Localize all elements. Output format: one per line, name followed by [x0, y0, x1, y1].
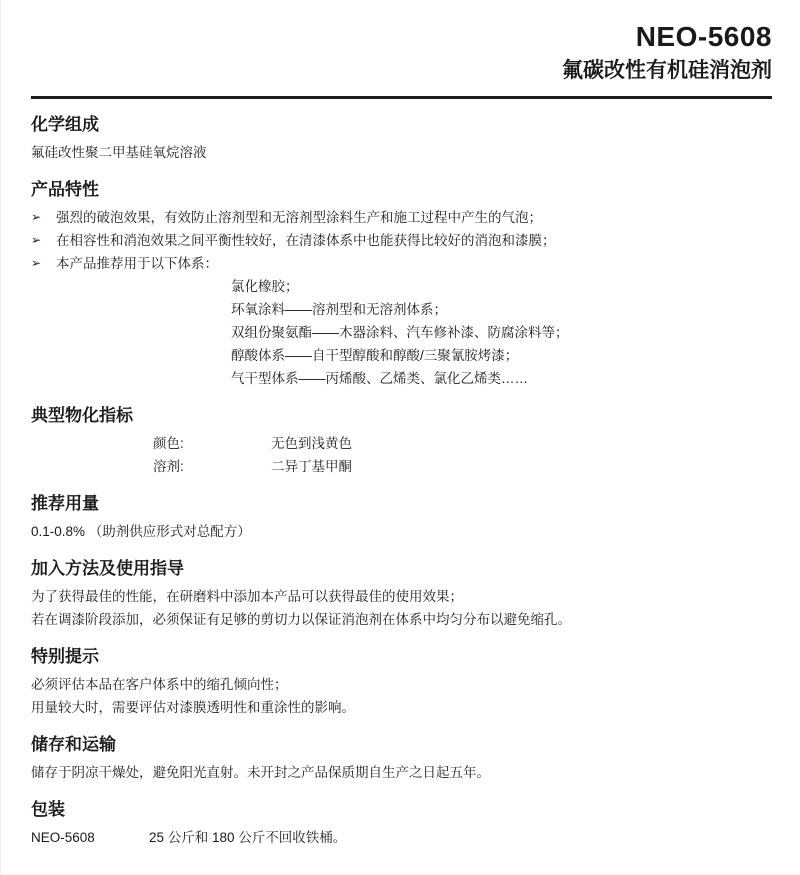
property-value: 无色到浅黄色 — [271, 432, 352, 455]
property-row: 溶剂: 二异丁基甲酮 — [153, 455, 772, 478]
system-item: 气干型体系——丙烯酸、乙烯类、氯化乙烯类…… — [231, 367, 772, 390]
usage-guidance-heading: 加入方法及使用指导 — [31, 558, 772, 579]
header-divider — [31, 96, 772, 99]
typical-properties-heading: 典型物化指标 — [31, 405, 772, 426]
product-code: NEO-5608 — [31, 20, 772, 54]
section-product-features: 产品特性 ➢ 强烈的破泡效果，有效防止溶剂型和无溶剂型涂料生产和施工过程中产生的… — [31, 179, 772, 390]
packaging-description: 25 公斤和 180 公斤不回收铁桶。 — [149, 826, 346, 849]
storage-transport-text: 储存于阴凉干燥处，避免阳光直射。未开封之产品保质期自生产之日起五年。 — [31, 761, 772, 784]
storage-transport-heading: 储存和运输 — [31, 734, 772, 755]
recommended-dosage-text: 0.1-0.8% （助剂供应形式对总配方） — [31, 520, 772, 543]
feature-bullet-item: ➢ 本产品推荐用于以下体系： — [31, 252, 772, 275]
recommended-systems-list: 氯化橡胶； 环氧涂料——溶剂型和无溶剂体系； 双组份聚氨酯——木器涂料、汽车修补… — [231, 275, 772, 390]
special-notes-line: 用量较大时，需要评估对漆膜透明性和重涂性的影响。 — [31, 696, 772, 719]
usage-guidance-line: 为了获得最佳的性能，在研磨料中添加本产品可以获得最佳的使用效果； — [31, 585, 772, 608]
product-features-heading: 产品特性 — [31, 179, 772, 200]
product-datasheet-page: NEO-5608 氟碳改性有机硅消泡剂 化学组成 氟硅改性聚二甲基硅氧烷溶液 产… — [0, 0, 800, 875]
property-row: 颜色: 无色到浅黄色 — [153, 432, 772, 455]
property-value: 二异丁基甲酮 — [271, 455, 352, 478]
chemical-composition-heading: 化学组成 — [31, 114, 772, 135]
recommended-dosage-heading: 推荐用量 — [31, 493, 772, 514]
packaging-heading: 包装 — [31, 799, 772, 820]
feature-bullet-text: 本产品推荐用于以下体系： — [56, 252, 218, 275]
section-storage-transport: 储存和运输 储存于阴凉干燥处，避免阳光直射。未开封之产品保质期自生产之日起五年。 — [31, 734, 772, 784]
arrow-bullet-icon: ➢ — [31, 229, 56, 252]
feature-bullet-item: ➢ 强烈的破泡效果，有效防止溶剂型和无溶剂型涂料生产和施工过程中产生的气泡； — [31, 206, 772, 229]
section-typical-properties: 典型物化指标 颜色: 无色到浅黄色 溶剂: 二异丁基甲酮 — [31, 405, 772, 478]
system-item: 氯化橡胶； — [231, 275, 772, 298]
product-title: 氟碳改性有机硅消泡剂 — [31, 56, 772, 86]
packaging-row: NEO-5608 25 公斤和 180 公斤不回收铁桶。 — [31, 826, 772, 849]
property-label: 溶剂: — [153, 455, 271, 478]
doc-header: NEO-5608 氟碳改性有机硅消泡剂 — [31, 20, 772, 86]
properties-table: 颜色: 无色到浅黄色 溶剂: 二异丁基甲酮 — [153, 432, 772, 478]
packaging-product-code: NEO-5608 — [31, 826, 149, 849]
section-special-notes: 特别提示 必须评估本品在客户体系中的缩孔倾向性； 用量较大时，需要评估对漆膜透明… — [31, 646, 772, 719]
special-notes-heading: 特别提示 — [31, 646, 772, 667]
section-chemical-composition: 化学组成 氟硅改性聚二甲基硅氧烷溶液 — [31, 114, 772, 164]
system-item: 双组份聚氨酯——木器涂料、汽车修补漆、防腐涂料等； — [231, 321, 772, 344]
arrow-bullet-icon: ➢ — [31, 206, 56, 229]
property-label: 颜色: — [153, 432, 271, 455]
usage-guidance-line: 若在调漆阶段添加，必须保证有足够的剪切力以保证消泡剂在体系中均匀分布以避免缩孔。 — [31, 608, 772, 631]
section-usage-guidance: 加入方法及使用指导 为了获得最佳的性能，在研磨料中添加本产品可以获得最佳的使用效… — [31, 558, 772, 631]
system-item: 醇酸体系——自干型醇酸和醇酸/三聚氰胺烤漆； — [231, 344, 772, 367]
special-notes-line: 必须评估本品在客户体系中的缩孔倾向性； — [31, 673, 772, 696]
chemical-composition-text: 氟硅改性聚二甲基硅氧烷溶液 — [31, 141, 772, 164]
section-packaging: 包装 NEO-5608 25 公斤和 180 公斤不回收铁桶。 — [31, 799, 772, 849]
feature-bullet-text: 在相容性和消泡效果之间平衡性较好，在清漆体系中也能获得比较好的消泡和漆膜； — [56, 229, 556, 252]
arrow-bullet-icon: ➢ — [31, 252, 56, 275]
system-item: 环氧涂料——溶剂型和无溶剂体系； — [231, 298, 772, 321]
section-recommended-dosage: 推荐用量 0.1-0.8% （助剂供应形式对总配方） — [31, 493, 772, 543]
feature-bullet-item: ➢ 在相容性和消泡效果之间平衡性较好，在清漆体系中也能获得比较好的消泡和漆膜； — [31, 229, 772, 252]
feature-bullet-text: 强烈的破泡效果，有效防止溶剂型和无溶剂型涂料生产和施工过程中产生的气泡； — [56, 206, 542, 229]
